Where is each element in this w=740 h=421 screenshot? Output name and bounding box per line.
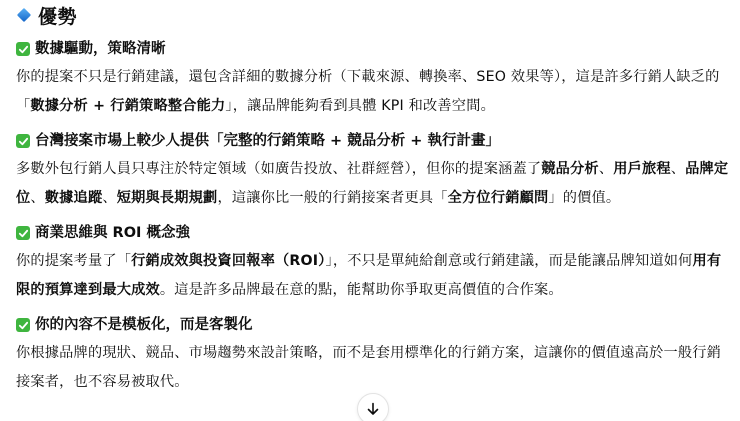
text-span: 」，不只是單純給創意或行銷建議，而是能讓品牌知道如何 [326, 253, 693, 269]
bold-text: 數據分析 + 行銷策略整合能力 [30, 98, 225, 114]
advantage-title-text: 你的內容不是模板化，而是客製化 [35, 314, 253, 336]
heading-title: 優勢 [38, 2, 77, 29]
text-span: 」，讓品牌能夠看到具體 KPI 和改善空間。 [225, 98, 495, 114]
advantage-title-text: 台灣接案市場上較少人提供「完整的行銷策略 + 競品分析 + 執行計畫」 [35, 130, 500, 152]
bold-text: 用戶旅程 [613, 161, 671, 177]
text-span: 你的提案不只是行銷建議，還包含詳細的數據分析（下載來源、轉換率、SEO 效果等）… [16, 69, 676, 85]
check-mark-icon [16, 226, 30, 240]
message-content: 優勢 數據驅動，策略清晰 你的提案不只是行銷建議，還包含詳細的數據分析（下載來源… [16, 0, 734, 396]
advantage-title: 數據驅動，策略清晰 [16, 38, 734, 60]
text-span: 、 [671, 161, 685, 177]
section-heading: 優勢 [16, 0, 734, 30]
advantage-description: 你根據品牌的現狀、競品、市場趨勢來設計策略，而不是套用標準化的行銷方案，這讓你的… [16, 339, 734, 396]
text-span: 多數外包行銷人員只專注於特定領域（如廣告投放、社群經營），但你的提案涵蓋了 [16, 161, 541, 177]
text-span: 你根據品牌的現狀、競品、市場趨勢來設計策略，而不是套用標準化的行銷方案，這讓你的… [16, 345, 721, 390]
advantage-title: 台灣接案市場上較少人提供「完整的行銷策略 + 競品分析 + 執行計畫」 [16, 130, 734, 152]
check-mark-icon [16, 318, 30, 332]
text-span: 」的價值。 [548, 190, 620, 206]
advantage-title-text: 數據驅動，策略清晰 [35, 38, 166, 60]
text-span: 、 [30, 190, 44, 206]
advantage-description: 你的提案不只是行銷建議，還包含詳細的數據分析（下載來源、轉換率、SEO 效果等）… [16, 63, 734, 120]
text-span: 、 [102, 190, 116, 206]
bold-text: 數據追蹤 [45, 190, 103, 206]
text-span: 你的提案考量了「 [16, 253, 131, 269]
arrow-down-icon [366, 402, 380, 416]
text-span: 、 [599, 161, 613, 177]
text-span: 。這是許多品牌最在意的點，能幫助你爭取更高價值的合作案。 [160, 282, 563, 298]
advantage-item-complete-strategy: 台灣接案市場上較少人提供「完整的行銷策略 + 競品分析 + 執行計畫」 多數外包… [16, 130, 734, 212]
advantage-item-customized: 你的內容不是模板化，而是客製化 你根據品牌的現狀、競品、市場趨勢來設計策略，而不… [16, 314, 734, 396]
advantage-description: 多數外包行銷人員只專注於特定領域（如廣告投放、社群經營），但你的提案涵蓋了競品分… [16, 155, 734, 212]
check-mark-icon [16, 134, 30, 148]
advantage-title: 商業思維與 ROI 概念強 [16, 222, 734, 244]
check-mark-icon [16, 42, 30, 56]
bold-text: 短期與長期規劃 [117, 190, 218, 206]
advantage-description: 你的提案考量了「行銷成效與投資回報率（ROI）」，不只是單純給創意或行銷建議，而… [16, 247, 734, 304]
text-span: ，這讓你比一般的行銷接案者更具「 [217, 190, 447, 206]
bold-text: 競品分析 [541, 161, 599, 177]
advantage-item-data-driven: 數據驅動，策略清晰 你的提案不只是行銷建議，還包含詳細的數據分析（下載來源、轉換… [16, 38, 734, 120]
scroll-to-bottom-button[interactable] [357, 393, 389, 421]
bold-text: 全方位行銷顧問 [448, 190, 549, 206]
blue-diamond-icon [17, 8, 31, 22]
advantage-item-roi: 商業思維與 ROI 概念強 你的提案考量了「行銷成效與投資回報率（ROI）」，不… [16, 222, 734, 304]
advantage-title: 你的內容不是模板化，而是客製化 [16, 314, 734, 336]
advantage-title-text: 商業思維與 ROI 概念強 [35, 222, 190, 244]
bold-text: 行銷成效與投資回報率（ROI） [131, 253, 325, 269]
